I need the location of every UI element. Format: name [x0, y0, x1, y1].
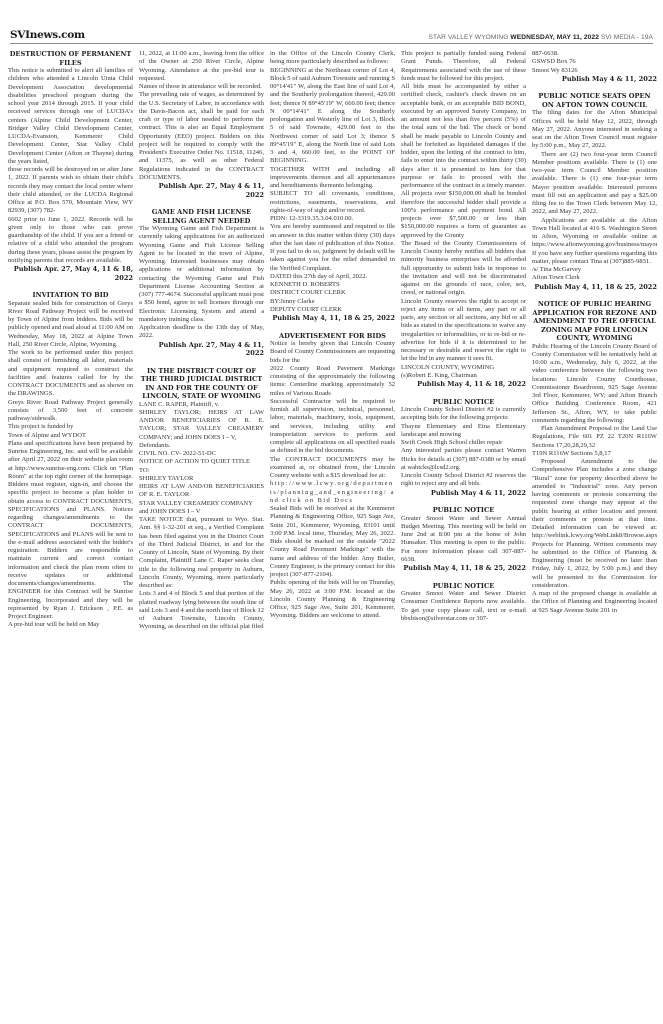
- site-name[interactable]: SVInews.com: [10, 29, 85, 41]
- notice-paragraph: KENNETH D. ROBERTS: [270, 281, 395, 289]
- notice-heading: PUBLIC NOTICE: [401, 398, 526, 407]
- notice-paragraph: Swift Creek High School chiller repair: [401, 439, 526, 447]
- notice-paragraph: Greater Smoot Water and Sewer District C…: [401, 590, 526, 623]
- notice-paragraph: DATED this 27th day of April, 2022.: [270, 273, 395, 281]
- notice-paragraph: Defendants.: [139, 442, 264, 450]
- notice-paragraph: NOTICE OF ACTION TO QUIET TITLE: [139, 458, 264, 466]
- notice-paragraph: Afton Town Clerk: [532, 274, 657, 282]
- notice-paragraph: /s/ Tina McGarvey: [532, 266, 657, 274]
- notice-paragraph: Public opening of the bids will be on Th…: [270, 579, 395, 620]
- notice-paragraph: All bids must be accompanied by either a…: [401, 83, 526, 190]
- notice-paragraph: BY:Jenny Clarke: [270, 298, 395, 306]
- notice-paragraph: Any interested parties please contact Wa…: [401, 447, 526, 472]
- notice-paragraph: There are (2) two four-year term Council…: [532, 151, 657, 217]
- notice-heading: PUBLIC NOTICE: [401, 506, 526, 515]
- notice-paragraph: TAKE NOTICE that, pursuant to Wyo. Stat.…: [139, 516, 264, 590]
- notice-heading: DESTRUCTION OF PERMANENT FILES: [8, 50, 133, 67]
- publish-dates: Publish May 4, 11, 18 & 25, 2022: [532, 283, 657, 292]
- legal-notices-columns: DESTRUCTION OF PERMANENT FILESThis notic…: [8, 50, 657, 1020]
- notice-paragraph: 11, 2022, at 11:00 a.m., leaving from th…: [139, 50, 264, 83]
- notice-paragraph: Separate sealed bids for construction of…: [8, 300, 133, 350]
- notice-paragraph: Sealed Bids will be received at the Kemm…: [270, 505, 395, 579]
- notice-paragraph: This project is partially funded using F…: [401, 50, 526, 83]
- column-4: This project is partially funded using F…: [401, 50, 526, 1020]
- notice-paragraph: Application deadline is the 13th day of …: [139, 324, 264, 341]
- notice-paragraph: in the Office of the Lincoln County Cler…: [270, 50, 395, 67]
- notice-paragraph: The Board of the County Commissioners of…: [401, 240, 526, 298]
- notice-paragraph: 6602 prior to June 1, 2022. Records will…: [8, 216, 133, 266]
- notice-paragraph: and JOHN DOES I – V: [139, 508, 264, 516]
- notice-paragraph: The work to be performed under this proj…: [8, 349, 133, 399]
- notice-paragraph: A pre-bid tour will be held on May: [8, 621, 133, 629]
- publish-dates: Publish Apr. 27, May 4 & 11, 2022: [139, 182, 264, 199]
- notice-paragraph: Applications are available at the Afton …: [532, 217, 657, 267]
- section-page: SVI MEDIA - 19A: [601, 34, 653, 41]
- notice-paragraph: You are hereby summoned and required to …: [270, 223, 395, 273]
- publish-dates: Publish May 4, 11 & 18, 2022: [401, 380, 526, 389]
- notice-heading: INVITATION TO BID: [8, 291, 133, 300]
- notice-paragraph: The prevailing rate of wages, as determi…: [139, 91, 264, 182]
- publish-dates: Publish Apr. 27, May 4 & 11, 2022: [139, 341, 264, 358]
- notice-paragraph: Lots 3 and 4 of Block 5 and that portion…: [139, 590, 264, 631]
- notice-paragraph: Greys River Road Pathway Project general…: [8, 399, 133, 424]
- notice-paragraph: 2022 County Road Pavement Markings consi…: [270, 365, 395, 398]
- notice-paragraph: STAR VALLEY CREAMERY COMPANY: [139, 500, 264, 508]
- notice-heading: ADVERTISEMENT FOR BIDS: [270, 332, 395, 341]
- notice-paragraph: Plan Amendment Proposal to the Land Use …: [532, 425, 657, 450]
- notice-heading: GAME AND FISH LICENSE SELLING AGENT NEED…: [139, 208, 264, 225]
- location: STAR VALLEY WYOMING: [429, 34, 509, 41]
- notice-paragraph: Notice is hereby given that Lincoln Coun…: [270, 340, 395, 365]
- notice-paragraph: The Wyoming Game and Fish Department is …: [139, 225, 264, 324]
- dateline: STAR VALLEY WYOMING WEDNESDAY, MAY 11, 2…: [429, 34, 653, 41]
- notice-paragraph: SHIRLEY TAYLOR; HEIRS AT LAW AND/OR BENE…: [139, 409, 264, 442]
- notice-paragraph: Public Hearing of the Lincoln County Boa…: [532, 343, 657, 426]
- notice-heading: NOTICE OF PUBLIC HEARING APPLICATION FOR…: [532, 300, 657, 343]
- notice-paragraph: Lincoln County School District #2 is cur…: [401, 406, 526, 423]
- notice-paragraph: DEPUTY COURT CLERK: [270, 306, 395, 314]
- notice-paragraph: Proposed Amendment to the Comprehensive …: [532, 458, 657, 590]
- notice-paragraph: CIVIL NO. CV- 2022-51-DC: [139, 450, 264, 458]
- notice-paragraph: 887-6638.: [532, 50, 657, 58]
- notice-paragraph: Plans and specifications have been prepa…: [8, 440, 133, 622]
- notice-heading: IN THE DISTRICT COURT OF THE THIRD JUDIC…: [139, 367, 264, 401]
- notice-paragraph: GSWSD Box 76: [532, 58, 657, 66]
- notice-paragraph: Names of those in attendance will be rec…: [139, 83, 264, 91]
- notice-paragraph: Lincoln County reserves the right to acc…: [401, 298, 526, 364]
- page-masthead: SVInews.com STAR VALLEY WYOMING WEDNESDA…: [10, 27, 653, 44]
- notice-heading: PUBLIC NOTICE: [401, 582, 526, 591]
- publish-dates: Publish May 4 & 11, 2022: [532, 75, 657, 84]
- column-3: in the Office of the Lincoln County Cler…: [270, 50, 395, 1020]
- publish-dates: Publish Apr. 27, May 4, 11 & 18, 2022: [8, 265, 133, 282]
- notice-heading: PUBLIC NOTICE SEATS OPEN ON AFTON TOWN C…: [532, 92, 657, 109]
- column-1: DESTRUCTION OF PERMANENT FILESThis notic…: [8, 50, 133, 1020]
- notice-paragraph: All projects over $150,000.00 shall be b…: [401, 190, 526, 240]
- notice-paragraph: TOGETHER WITH and including all improvem…: [270, 166, 395, 191]
- notice-paragraph: Thayne Elementary and Etna Elementary la…: [401, 423, 526, 440]
- notice-paragraph: those records will be destroyed on or af…: [8, 166, 133, 216]
- notice-paragraph: SUBJECT TO all covenants, conditions, re…: [270, 190, 395, 215]
- notice-paragraph: PIDN: 12-3319.35.3.04.010.00.: [270, 215, 395, 223]
- issue-date: WEDNESDAY, MAY 11, 2022: [510, 34, 599, 41]
- notice-paragraph: DISTRICT COURT CLERK: [270, 289, 395, 297]
- website-link[interactable]: http://www.lcwy.org/departments/planning…: [270, 480, 395, 505]
- notice-paragraph: Greater Smoot Water and Sewer Annual Bud…: [401, 515, 526, 565]
- notice-paragraph: LINCOLN COUNTY, WYOMING: [401, 364, 526, 372]
- notice-paragraph: The filing dates for the Afton Municipal…: [532, 109, 657, 150]
- notice-paragraph: Successful Contractor will be required t…: [270, 398, 395, 456]
- notice-paragraph: T19N R116W Sections 5,8,17: [532, 450, 657, 458]
- notice-paragraph: Lincoln County School District #2 reserv…: [401, 472, 526, 489]
- notice-paragraph: BEGINNING at the Northeast corner of Lot…: [270, 67, 395, 166]
- notice-paragraph: Town of Alpine and WYDOT: [8, 432, 133, 440]
- publish-dates: Publish May 4, 11, 18 & 25, 2022: [401, 564, 526, 573]
- notice-paragraph: TO:: [139, 467, 264, 475]
- publish-dates: Publish May 4 & 11, 2022: [401, 489, 526, 498]
- notice-paragraph: (s)Robert E. King, Chairman: [401, 372, 526, 380]
- notice-paragraph: This project is funded by: [8, 423, 133, 431]
- notice-paragraph: A map of the proposed change is availabl…: [532, 590, 657, 615]
- notice-paragraph: The CONTRACT DOCUMENTS may be examined a…: [270, 456, 395, 481]
- notice-paragraph: Smoot Wy 83126: [532, 67, 657, 75]
- publish-dates: Publish May 4, 11, 18 & 25, 2022: [270, 314, 395, 323]
- column-5: 887-6638.GSWSD Box 76Smoot Wy 83126Publi…: [532, 50, 657, 1020]
- notice-paragraph: This notice is submitted to alert all fa…: [8, 67, 133, 166]
- notice-paragraph: LANE C. RAPER, Plaintiff, v.: [139, 401, 264, 409]
- notice-paragraph: SHIRLEY TAYLOR: [139, 475, 264, 483]
- column-2: 11, 2022, at 11:00 a.m., leaving from th…: [139, 50, 264, 1020]
- notice-paragraph: HEIRS AT LAW AND/OR BENEFICIARIES OF R. …: [139, 483, 264, 500]
